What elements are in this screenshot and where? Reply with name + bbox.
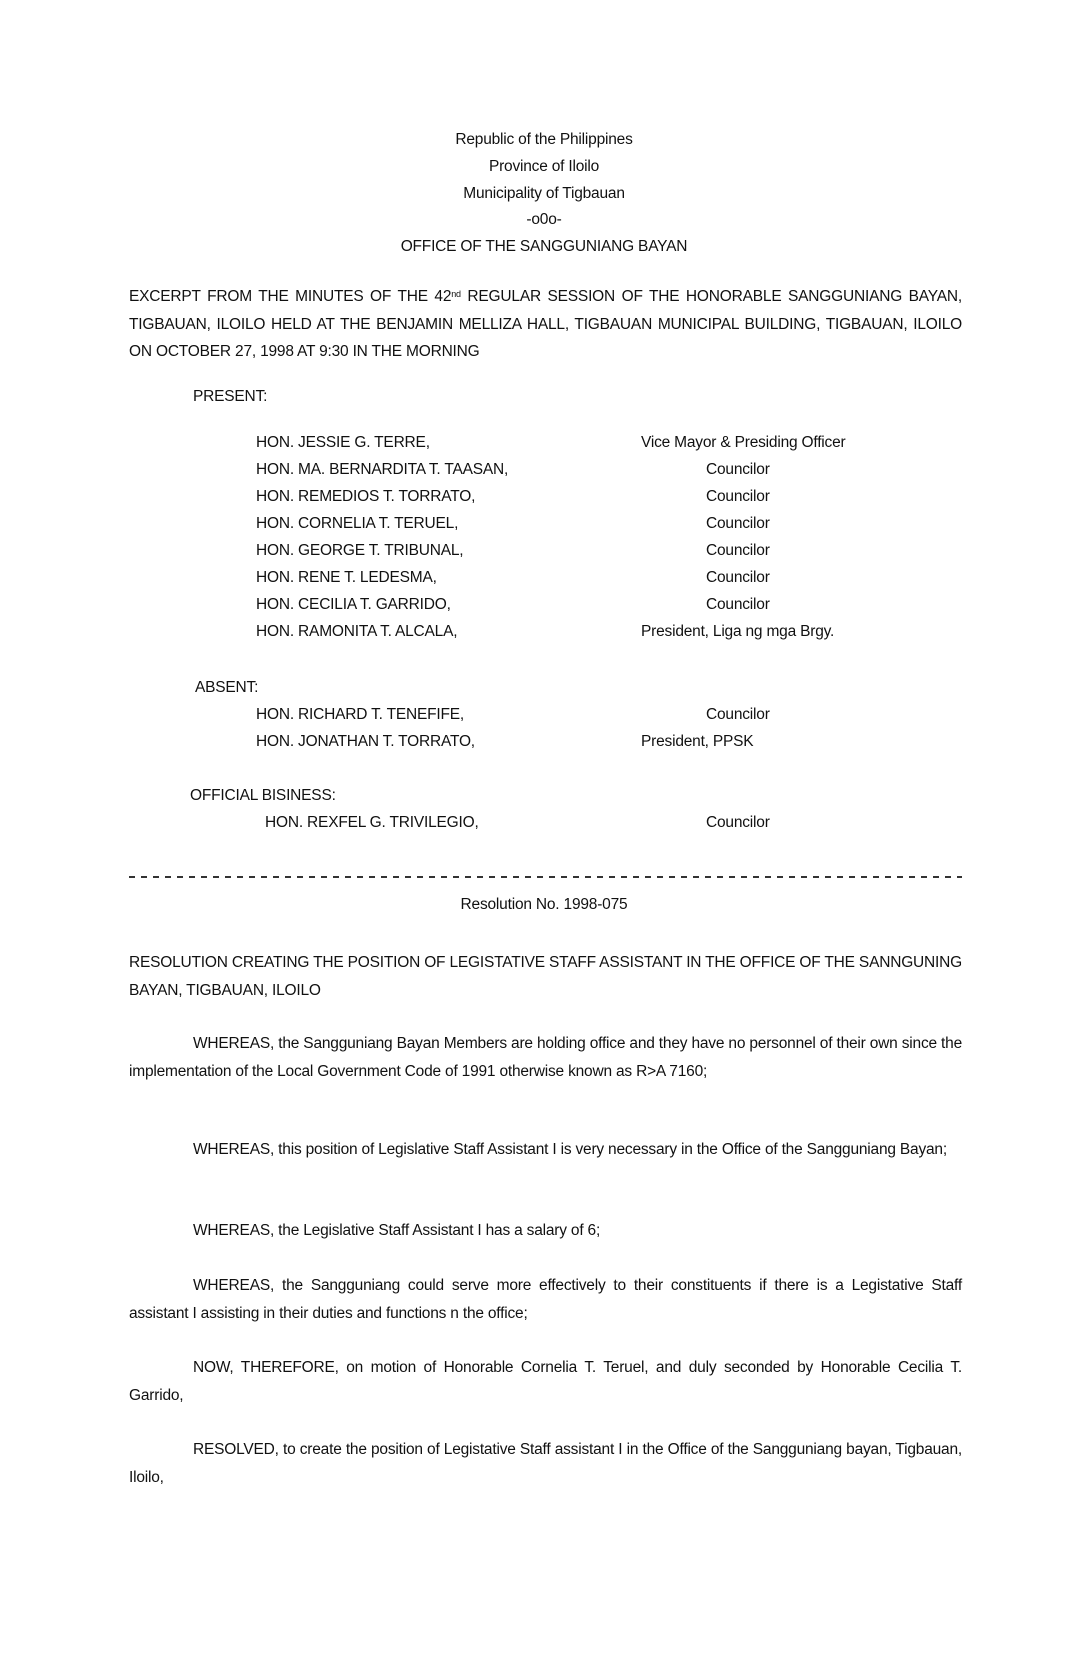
resolution-number: Resolution No. 1998-075 <box>0 895 1088 915</box>
absent-member-name: HON. RICHARD T. TENEFIFE, <box>256 705 464 725</box>
present-label: PRESENT: <box>193 387 267 407</box>
header-republic: Republic of the Philippines <box>0 130 1088 150</box>
header-office: OFFICE OF THE SANGGUNIANG BAYAN <box>0 237 1088 257</box>
excerpt-heading: EXCERPT FROM THE MINUTES OF THE 42nd REG… <box>129 283 962 366</box>
present-member-role: Councilor <box>706 541 770 561</box>
whereas-paragraph-3: WHEREAS, the Legislative Staff Assistant… <box>129 1217 962 1245</box>
present-member-name: HON. GEORGE T. TRIBUNAL, <box>256 541 463 561</box>
present-member-name: HON. MA. BERNARDITA T. TAASAN, <box>256 460 508 480</box>
present-member-role: Councilor <box>706 460 770 480</box>
official-business-member-name: HON. REXFEL G. TRIVILEGIO, <box>265 813 479 833</box>
excerpt-prefix: EXCERPT FROM THE MINUTES OF THE 42 <box>129 288 451 305</box>
present-member-role: Councilor <box>706 514 770 534</box>
absent-member-name: HON. JONATHAN T. TORRATO, <box>256 732 475 752</box>
present-member-role: President, Liga ng mga Brgy. <box>641 622 834 642</box>
document-page: Republic of the Philippines Province of … <box>0 0 1088 1664</box>
absent-label: ABSENT: <box>195 678 258 698</box>
present-member-role: Councilor <box>706 487 770 507</box>
header-municipality: Municipality of Tigbauan <box>0 184 1088 204</box>
absent-member-role: Councilor <box>706 705 770 725</box>
dashed-divider <box>129 876 962 878</box>
present-member-name: HON. CORNELIA T. TERUEL, <box>256 514 458 534</box>
present-member-role: Councilor <box>706 568 770 588</box>
whereas-paragraph-4: WHEREAS, the Sangguniang could serve mor… <box>129 1272 962 1327</box>
present-member-name: HON. RAMONITA T. ALCALA, <box>256 622 457 642</box>
whereas-paragraph-2: WHEREAS, this position of Legislative St… <box>129 1136 962 1164</box>
resolved-paragraph: RESOLVED, to create the position of Legi… <box>129 1436 962 1491</box>
excerpt-ordinal: nd <box>451 289 461 299</box>
present-member-role: Vice Mayor & Presiding Officer <box>641 433 845 453</box>
official-business-member-role: Councilor <box>706 813 770 833</box>
resolution-title: RESOLUTION CREATING THE POSITION OF LEGI… <box>129 949 962 1004</box>
official-business-label: OFFICIAL BISINESS: <box>190 786 336 806</box>
present-member-role: Councilor <box>706 595 770 615</box>
present-member-name: HON. RENE T. LEDESMA, <box>256 568 437 588</box>
present-member-name: HON. JESSIE G. TERRE, <box>256 433 430 453</box>
now-therefore-paragraph: NOW, THEREFORE, on motion of Honorable C… <box>129 1354 962 1409</box>
header-separator: -o0o- <box>0 210 1088 230</box>
whereas-paragraph-1: WHEREAS, the Sangguniang Bayan Members a… <box>129 1030 962 1085</box>
present-member-name: HON. REMEDIOS T. TORRATO, <box>256 487 475 507</box>
absent-member-role: President, PPSK <box>641 732 753 752</box>
present-member-name: HON. CECILIA T. GARRIDO, <box>256 595 451 615</box>
header-province: Province of Iloilo <box>0 157 1088 177</box>
